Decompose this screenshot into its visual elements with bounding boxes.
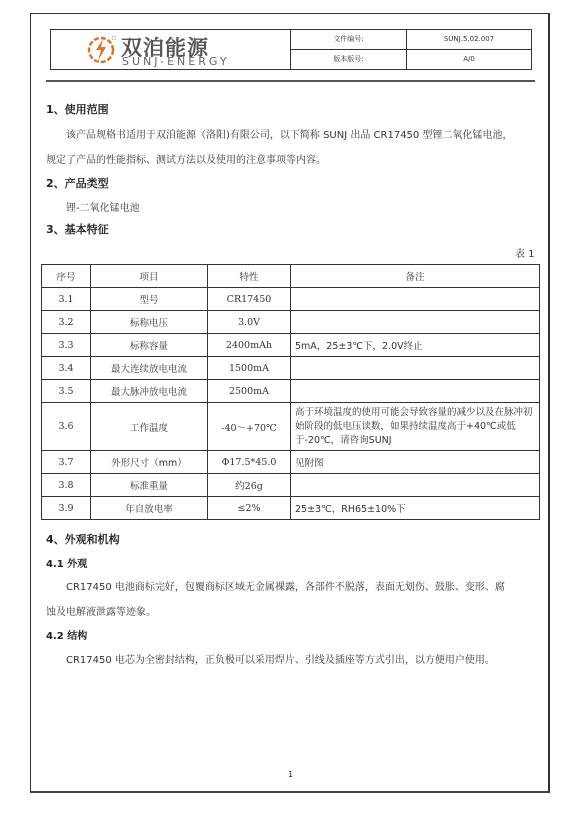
col-header-note: 备注 — [291, 265, 540, 288]
cell-note: 25±3℃，RH65±10%下 — [291, 497, 540, 520]
col-header-item: 项目 — [91, 265, 208, 288]
cell-no: 3.1 — [42, 288, 91, 311]
table-caption: 表 1 — [515, 245, 535, 260]
cell-value: 2400mAh — [208, 334, 291, 357]
cell-item: 外形尺寸（mm） — [91, 451, 208, 474]
cell-value: 约26g — [208, 474, 291, 497]
cell-item: 标称容量 — [91, 334, 208, 357]
table-row: 3.1 型号 CR17450 — [42, 288, 540, 311]
cell-no: 3.5 — [42, 380, 91, 403]
section-4-1-line1: CR17450 电池商标完好，包覆商标区域无金属裸露，各部件不脱落，表面无划伤、… — [66, 578, 505, 593]
section-2-title: 2、产品类型 — [46, 175, 109, 191]
basic-characteristics-table: 序号 项目 特性 备注 3.1 型号 CR17450 3.2 标称电压 3.0V… — [41, 264, 540, 520]
table-header-row: 序号 项目 特性 备注 — [42, 265, 540, 288]
cell-note — [291, 288, 540, 311]
section-4-title: 4、外观和机构 — [46, 531, 120, 547]
section-4-2-title: 4.2 结构 — [46, 627, 87, 642]
cell-note: 见附图 — [291, 451, 540, 474]
table-row: 3.3 标称容量 2400mAh 5mA，25±3℃下，2.0V终止 — [42, 334, 540, 357]
company-logo: 双洎能源 SUNJ-ENERGY — [51, 30, 291, 69]
cell-note: 5mA，25±3℃下，2.0V终止 — [291, 334, 540, 357]
cell-note — [291, 311, 540, 334]
cell-item: 标称电压 — [91, 311, 208, 334]
cell-item: 最大连续放电电流 — [91, 357, 208, 380]
version-label: 版本版号: — [291, 50, 407, 70]
cell-value: ≤2% — [208, 497, 291, 520]
cell-no: 3.3 — [42, 334, 91, 357]
cell-note — [291, 474, 540, 497]
cell-value: 3.0V — [208, 311, 291, 334]
lightning-bolt-logo-icon — [86, 35, 116, 65]
doc-number-label: 文件编号: — [291, 30, 407, 50]
col-header-no: 序号 — [42, 265, 91, 288]
cell-item: 型号 — [91, 288, 208, 311]
section-3-title: 3、基本特征 — [46, 221, 109, 237]
version-value: A/0 — [407, 50, 531, 70]
cell-no: 3.8 — [42, 474, 91, 497]
cell-note: 高于环境温度的使用可能会导致容量的减少以及在脉冲初始阶段的低电压读数，如果持续温… — [291, 403, 540, 451]
table-row: 3.8 标准重量 约26g — [42, 474, 540, 497]
cell-item: 最大脉冲放电电流 — [91, 380, 208, 403]
cell-note — [291, 357, 540, 380]
cell-no: 3.4 — [42, 357, 91, 380]
section-4-1-line2: 蚀及电解液泄露等迹象。 — [46, 603, 156, 618]
cell-item: 工作温度 — [91, 403, 208, 451]
section-4-1-title: 4.1 外观 — [46, 555, 87, 570]
table-row: 3.4 最大连续放电电流 1500mA — [42, 357, 540, 380]
cell-value: CR17450 — [208, 288, 291, 311]
cell-note — [291, 380, 540, 403]
document-header: 双洎能源 SUNJ-ENERGY 文件编号: SUNJ.5.02.007 版本版… — [50, 29, 532, 70]
logo-name-en: SUNJ-ENERGY — [122, 55, 230, 68]
col-header-value: 特性 — [208, 265, 291, 288]
cell-no: 3.6 — [42, 403, 91, 451]
section-1-paragraph-line2: 规定了产品的性能指标、测试方法以及使用的注意事项等内容。 — [46, 151, 326, 166]
cell-no: 3.9 — [42, 497, 91, 520]
cell-item: 标准重量 — [91, 474, 208, 497]
cell-value: 2500mA — [208, 380, 291, 403]
cell-no: 3.7 — [42, 451, 91, 474]
page-number: 1 — [288, 770, 293, 779]
table-row: 3.9 年自放电率 ≤2% 25±3℃，RH65±10%下 — [42, 497, 540, 520]
doc-number-value: SUNJ.5.02.007 — [407, 30, 531, 50]
cell-value: -40～+70℃ — [208, 403, 291, 451]
table-row: 3.7 外形尺寸（mm） Φ17.5*45.0 见附图 — [42, 451, 540, 474]
section-2-text: 锂-二氧化锰电池 — [66, 199, 140, 214]
table-row: 3.6 工作温度 -40～+70℃ 高于环境温度的使用可能会导致容量的减少以及在… — [42, 403, 540, 451]
cell-no: 3.2 — [42, 311, 91, 334]
cell-value: 1500mA — [208, 357, 291, 380]
cell-item: 年自放电率 — [91, 497, 208, 520]
section-1-paragraph-line1: 该产品规格书适用于双洎能源（洛阳)有限公司，以下简称 SUNJ 出品 CR174… — [66, 126, 512, 141]
header-divider — [46, 80, 535, 82]
section-1-title: 1、使用范围 — [46, 101, 109, 117]
table-row: 3.2 标称电压 3.0V — [42, 311, 540, 334]
cell-value: Φ17.5*45.0 — [208, 451, 291, 474]
table-row: 3.5 最大脉冲放电电流 2500mA — [42, 380, 540, 403]
section-4-2-line1: CR17450 电芯为全密封结构，正负极可以采用焊片、引线及插座等方式引出，以方… — [66, 651, 495, 666]
